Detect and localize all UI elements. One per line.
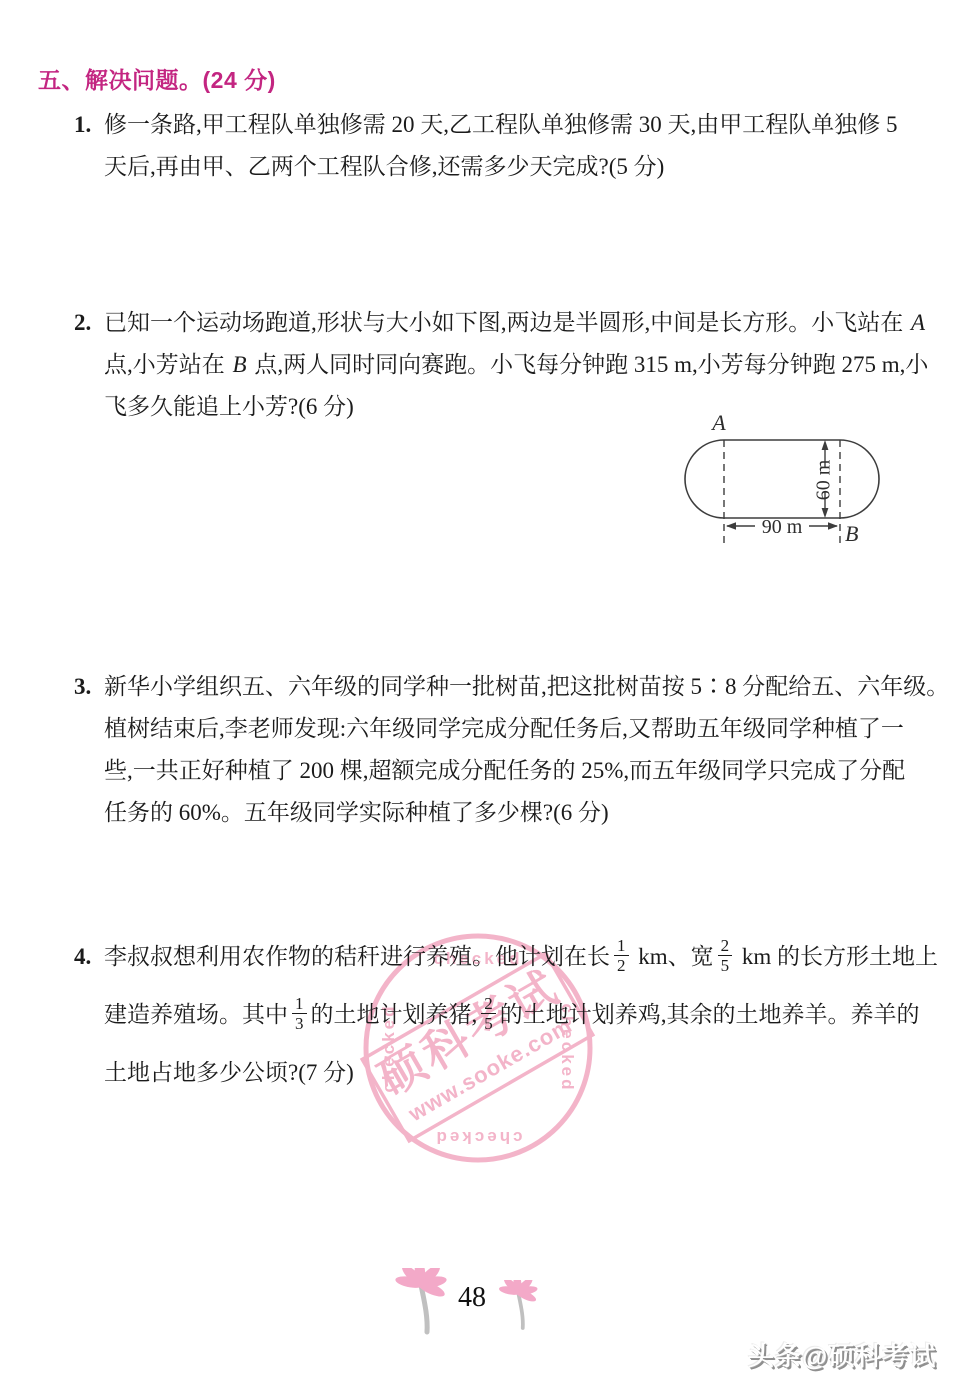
problem-1-line-1: 1.修一条路,甲工程队单独修需 20 天,乙工程队单独修需 30 天,由甲工程队… [74,104,916,146]
arrowhead-up [822,440,829,450]
text-segment: 李叔叔想利用农作物的秸秆进行养殖。他计划在长 [104,944,610,969]
stadium-outline [685,440,879,518]
page-number: 48 [458,1282,486,1314]
palm-tree-icon [394,1268,458,1336]
problem-number: 3. [74,666,104,708]
text-segment: 修一条路,甲工程队单独修需 20 天,乙工程队单独修需 30 天,由甲工程队单独… [104,112,898,137]
stamp-ring-text: checked [433,1128,522,1147]
problem-4-line-2: 建造养殖场。其中13的土地计划养猪,25的土地计划养鸡,其余的土地养羊。养羊的 [74,986,916,1044]
section-header: 五、解决问题。(24 分) [38,62,276,95]
text-segment: 点,小芳站在 [104,352,231,377]
text-segment: 点,两人同时同向赛跑。小飞每分钟跑 315 m,小芳每分钟跑 275 m,小 [249,352,929,377]
fraction: 25 [718,936,733,976]
fraction-denominator: 5 [718,955,733,976]
fraction: 13 [292,994,307,1034]
problem-number: 1. [74,104,104,146]
variable-label: A [909,310,927,335]
problem-3: 3.新华小学组织五、六年级的同学种一批树苗,把这批树苗按 5∶8 分配给五、六年… [74,666,916,834]
fraction: 12 [614,936,629,976]
fraction-numerator: 2 [718,936,733,956]
problem-1-line-2: 天后,再由甲、乙两个工程队合修,还需多少天完成?(5 分) [74,146,916,188]
point-a-label: A [710,410,726,435]
fraction: 25 [481,994,496,1034]
problem-number: 2. [74,302,104,344]
fraction-denominator: 5 [481,1013,496,1034]
footer-watermark: 头条@硕科考试 [748,1336,936,1373]
text-segment: 土地占地多少公顷?(7 分) [104,1060,354,1085]
text-segment: 植树结束后,李老师发现:六年级同学完成分配任务后,又帮助五年级同学种植了一 [104,716,904,741]
worksheet-page: checked checked checked checked 硕科考试 www… [0,0,960,1389]
width-label: 90 m [762,516,803,538]
palm-tree-icon-small [498,1280,546,1331]
problem-3-line-2: 植树结束后,李老师发现:六年级同学完成分配任务后,又帮助五年级同学种植了一 [74,708,916,750]
problem-2-line-1: 2.已知一个运动场跑道,形状与大小如下图,两边是半圆形,中间是长方形。小飞站在 … [74,302,916,344]
text-segment: 的土地计划养猪, [311,1002,478,1027]
problem-number: 4. [74,928,104,986]
problem-4-line-3: 土地占地多少公顷?(7 分) [74,1044,916,1102]
fraction-denominator: 2 [614,955,629,976]
problem-2-line-2: 点,小芳站在 B 点,两人同时同向赛跑。小飞每分钟跑 315 m,小芳每分钟跑 … [74,344,916,386]
text-segment: 任务的 60%。五年级同学实际种植了多少棵?(6 分) [104,800,609,825]
problem-3-line-1: 3.新华小学组织五、六年级的同学种一批树苗,把这批树苗按 5∶8 分配给五、六年… [74,666,916,708]
point-b-label: B [845,521,858,546]
text-segment: km、宽 [633,944,714,969]
text-segment: 已知一个运动场跑道,形状与大小如下图,两边是半圆形,中间是长方形。小飞站在 [104,310,909,335]
arrowhead-right [828,522,838,530]
text-segment: 些,一共正好种植了 200 棵,超额完成分配任务的 25%,而五年级同学只完成了… [104,758,905,783]
fraction-denominator: 3 [292,1013,307,1034]
text-segment: 飞多久能追上小芳?(6 分) [104,394,354,419]
problem-3-line-3: 些,一共正好种植了 200 棵,超额完成分配任务的 25%,而五年级同学只完成了… [74,750,916,792]
text-segment: 天后,再由甲、乙两个工程队合修,还需多少天完成?(5 分) [104,154,664,179]
track-diagram: 60 m 90 m A B [673,410,913,560]
text-segment: 新华小学组织五、六年级的同学种一批树苗,把这批树苗按 5∶8 分配给五、六年级。 [104,674,949,699]
arrowhead-left [726,522,736,530]
variable-label: B [231,352,249,377]
text-segment: 建造养殖场。其中 [104,1002,288,1027]
height-label: 60 m [813,459,835,500]
text-segment: 的土地计划养鸡,其余的土地养羊。养羊的 [500,1002,920,1027]
text-segment: km 的长方形土地上 [736,944,938,969]
problem-4: 4.李叔叔想利用农作物的秸秆进行养殖。他计划在长12 km、宽25 km 的长方… [74,928,916,1102]
problem-1: 1.修一条路,甲工程队单独修需 20 天,乙工程队单独修需 30 天,由甲工程队… [74,104,916,188]
fraction-numerator: 1 [614,936,629,956]
problem-4-line-1: 4.李叔叔想利用农作物的秸秆进行养殖。他计划在长12 km、宽25 km 的长方… [74,928,916,986]
arrowhead-down [822,508,829,518]
fraction-numerator: 1 [292,994,307,1014]
fraction-numerator: 2 [481,994,496,1014]
problem-3-line-4: 任务的 60%。五年级同学实际种植了多少棵?(6 分) [74,792,916,834]
